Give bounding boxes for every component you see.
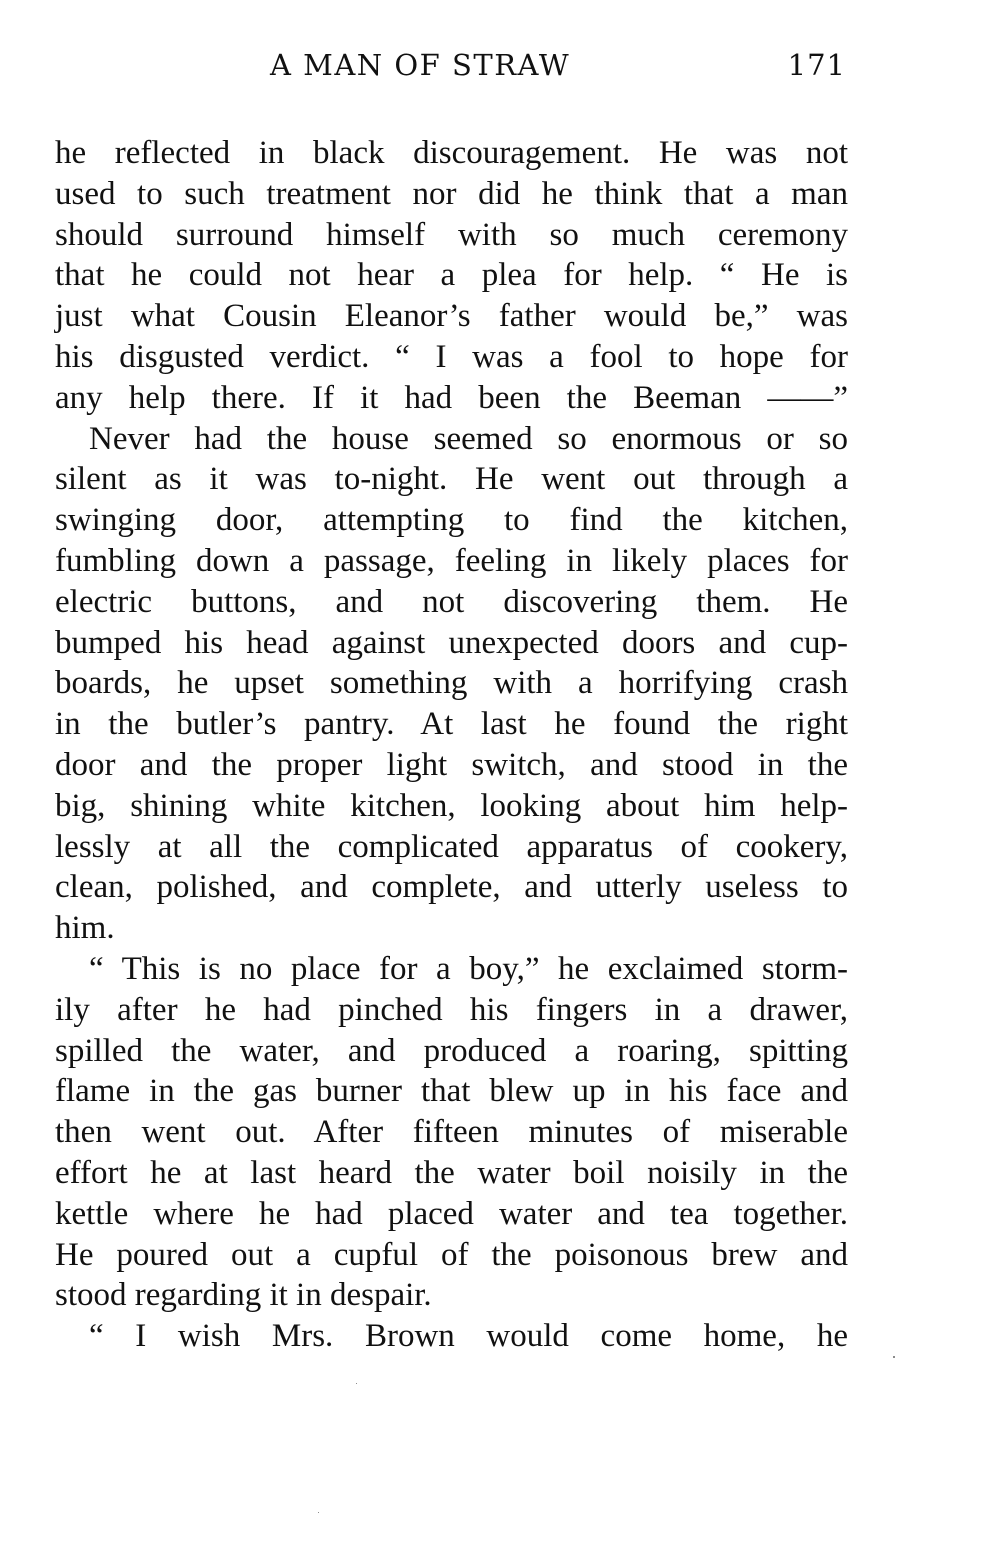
text-line: He poured out a cupful of the poisonous … [55,1235,848,1276]
text-line: him. [55,908,848,949]
page-header: A MAN OF STRAW 171 [55,48,848,92]
text-line: that he could not hear a plea for help. … [55,255,848,296]
body-text: he reflected in black discouragement. He… [55,133,848,1357]
text-line: just what Cousin Eleanor’s father would … [55,296,848,337]
text-line: spilled the water, and produced a roarin… [55,1031,848,1072]
text-line: swinging door, attempting to find the ki… [55,500,848,541]
text-line: his disgusted verdict. “ I was a fool to… [55,337,848,378]
text-line: flame in the gas burner that blew up in … [55,1071,848,1112]
text-line: lessly at all the complicated apparatus … [55,827,848,868]
page-number: 171 [788,48,846,82]
text-line: big, shining white kitchen, looking abou… [55,786,848,827]
text-line: should surround himself with so much cer… [55,215,848,256]
text-line: fumbling down a passage, feeling in like… [55,541,848,582]
text-line: he reflected in black discouragement. He… [55,133,848,174]
text-line: used to such treatment nor did he think … [55,174,848,215]
scan-speck [893,1356,895,1358]
text-line: stood regarding it in despair. [55,1275,848,1316]
text-line: boards, he upset something with a horrif… [55,663,848,704]
text-line: ily after he had pinched his fingers in … [55,990,848,1031]
text-line: door and the proper light switch, and st… [55,745,848,786]
text-line: bumped his head against unexpected doors… [55,623,848,664]
running-title: A MAN OF STRAW [270,48,570,82]
paragraph-start-line: “ This is no place for a boy,” he exclai… [55,949,848,990]
scan-speck [356,1383,357,1384]
scan-speck [318,1512,319,1513]
text-line: silent as it was to-night. He went out t… [55,459,848,500]
paragraph-start-line: “ I wish Mrs. Brown would come home, he [55,1316,848,1357]
text-line: clean, polished, and complete, and utter… [55,867,848,908]
book-page: A MAN OF STRAW 171 he reflected in black… [0,0,986,1547]
text-line: effort he at last heard the water boil n… [55,1153,848,1194]
text-line: then went out. After fifteen minutes of … [55,1112,848,1153]
text-line: electric buttons, and not discovering th… [55,582,848,623]
paragraph-start-line: Never had the house seemed so enormous o… [55,419,848,460]
text-line: in the butler’s pantry. At last he found… [55,704,848,745]
text-line: kettle where he had placed water and tea… [55,1194,848,1235]
text-line: any help there. If it had been the Beema… [55,378,848,419]
